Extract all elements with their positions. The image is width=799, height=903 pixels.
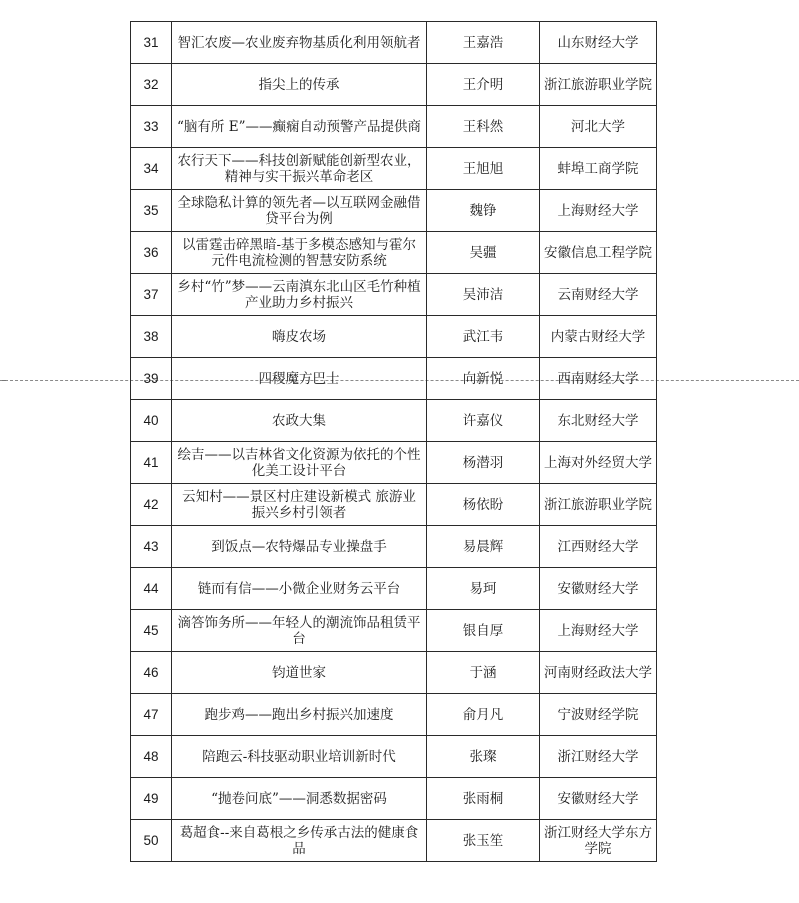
cell-number: 47: [131, 694, 172, 736]
cell-project-title: 葛超食--来自葛根之乡传承古法的健康食品: [172, 820, 427, 862]
cell-leader-name: 杨依盼: [427, 484, 540, 526]
cell-school: 内蒙古财经大学: [540, 316, 657, 358]
cell-school: 宁波财经学院: [540, 694, 657, 736]
cell-project-title: 跑步鸡——跑出乡村振兴加速度: [172, 694, 427, 736]
cell-number: 31: [131, 22, 172, 64]
cell-number: 46: [131, 652, 172, 694]
cell-project-title: 以雷霆击碎黑暗-基于多模态感知与霍尔元件电流检测的智慧安防系统: [172, 232, 427, 274]
cell-school: 浙江财经大学东方学院: [540, 820, 657, 862]
cell-leader-name: 王嘉浩: [427, 22, 540, 64]
table-row: 37 乡村“竹”梦——云南滇东北山区毛竹种植产业助力乡村振兴 吴沛洁 云南财经大…: [131, 274, 657, 316]
cell-number: 40: [131, 400, 172, 442]
cell-number: 50: [131, 820, 172, 862]
cell-number: 32: [131, 64, 172, 106]
cell-number: 43: [131, 526, 172, 568]
cell-school: 东北财经大学: [540, 400, 657, 442]
table-row: 33 “脑有所 E”——癫痫自动预警产品提供商 王科然 河北大学: [131, 106, 657, 148]
table-row: 32 指尖上的传承 王介明 浙江旅游职业学院: [131, 64, 657, 106]
cell-project-title: 乡村“竹”梦——云南滇东北山区毛竹种植产业助力乡村振兴: [172, 274, 427, 316]
cell-school: 山东财经大学: [540, 22, 657, 64]
table-row: 47 跑步鸡——跑出乡村振兴加速度 俞月凡 宁波财经学院: [131, 694, 657, 736]
table-row: 39 四稷魔方巴士 向新悦 西南财经大学: [131, 358, 657, 400]
cell-number: 48: [131, 736, 172, 778]
cell-number: 45: [131, 610, 172, 652]
table-row: 40 农政大集 许嘉仪 东北财经大学: [131, 400, 657, 442]
cell-school: 安徽信息工程学院: [540, 232, 657, 274]
table-row: 42 云知村——景区村庄建设新模式 旅游业振兴乡村引领者 杨依盼 浙江旅游职业学…: [131, 484, 657, 526]
cell-leader-name: 许嘉仪: [427, 400, 540, 442]
cell-leader-name: 银自厚: [427, 610, 540, 652]
table-row: 45 滴答饰务所——年轻人的潮流饰品租赁平台 银自厚 上海财经大学: [131, 610, 657, 652]
cell-school: 河北大学: [540, 106, 657, 148]
cell-project-title: “脑有所 E”——癫痫自动预警产品提供商: [172, 106, 427, 148]
table-row: 36 以雷霆击碎黑暗-基于多模态感知与霍尔元件电流检测的智慧安防系统 吴疆 安徽…: [131, 232, 657, 274]
cell-number: 42: [131, 484, 172, 526]
cell-number: 39: [131, 358, 172, 400]
cell-project-title: 嗨皮农场: [172, 316, 427, 358]
table-row: 49 “抛卷问底”——洞悉数据密码 张雨桐 安徽财经大学: [131, 778, 657, 820]
cell-school: 云南财经大学: [540, 274, 657, 316]
table-row: 50 葛超食--来自葛根之乡传承古法的健康食品 张玉笙 浙江财经大学东方学院: [131, 820, 657, 862]
cell-school: 上海财经大学: [540, 610, 657, 652]
cell-leader-name: 俞月凡: [427, 694, 540, 736]
cell-number: 37: [131, 274, 172, 316]
cell-school: 安徽财经大学: [540, 778, 657, 820]
cell-leader-name: 易珂: [427, 568, 540, 610]
roster-table: 31 智汇农废—农业废弃物基质化利用领航者 王嘉浩 山东财经大学 32 指尖上的…: [130, 21, 657, 862]
cell-number: 33: [131, 106, 172, 148]
page-break-tick: [2, 380, 6, 381]
cell-leader-name: 向新悦: [427, 358, 540, 400]
cell-leader-name: 易晨辉: [427, 526, 540, 568]
cell-leader-name: 张璨: [427, 736, 540, 778]
cell-school: 河南财经政法大学: [540, 652, 657, 694]
cell-school: 江西财经大学: [540, 526, 657, 568]
cell-number: 44: [131, 568, 172, 610]
table-row: 41 绘吉——以吉林省文化资源为依托的个性化美工设计平台 杨潜羽 上海对外经贸大…: [131, 442, 657, 484]
cell-school: 安徽财经大学: [540, 568, 657, 610]
cell-project-title: 农行天下——科技创新赋能创新型农业，精神与实干振兴革命老区: [172, 148, 427, 190]
cell-number: 35: [131, 190, 172, 232]
cell-project-title: 链而有信——小微企业财务云平台: [172, 568, 427, 610]
table-row: 31 智汇农废—农业废弃物基质化利用领航者 王嘉浩 山东财经大学: [131, 22, 657, 64]
cell-project-title: “抛卷问底”——洞悉数据密码: [172, 778, 427, 820]
table-row: 43 到饭点—农特爆品专业操盘手 易晨辉 江西财经大学: [131, 526, 657, 568]
cell-leader-name: 魏铮: [427, 190, 540, 232]
cell-leader-name: 吴沛洁: [427, 274, 540, 316]
cell-school: 西南财经大学: [540, 358, 657, 400]
cell-school: 浙江财经大学: [540, 736, 657, 778]
cell-project-title: 云知村——景区村庄建设新模式 旅游业振兴乡村引领者: [172, 484, 427, 526]
cell-school: 上海对外经贸大学: [540, 442, 657, 484]
cell-number: 41: [131, 442, 172, 484]
cell-project-title: 农政大集: [172, 400, 427, 442]
table-row: 38 嗨皮农场 武江韦 内蒙古财经大学: [131, 316, 657, 358]
cell-school: 浙江旅游职业学院: [540, 64, 657, 106]
cell-number: 38: [131, 316, 172, 358]
cell-project-title: 四稷魔方巴士: [172, 358, 427, 400]
cell-number: 49: [131, 778, 172, 820]
cell-leader-name: 王介明: [427, 64, 540, 106]
cell-leader-name: 武江韦: [427, 316, 540, 358]
cell-project-title: 钧道世家: [172, 652, 427, 694]
cell-leader-name: 王旭旭: [427, 148, 540, 190]
cell-leader-name: 于涵: [427, 652, 540, 694]
cell-leader-name: 张雨桐: [427, 778, 540, 820]
cell-school: 浙江旅游职业学院: [540, 484, 657, 526]
cell-leader-name: 王科然: [427, 106, 540, 148]
roster-table-body: 31 智汇农废—农业废弃物基质化利用领航者 王嘉浩 山东财经大学 32 指尖上的…: [131, 22, 657, 862]
cell-number: 36: [131, 232, 172, 274]
cell-project-title: 全球隐私计算的领先者—以互联网金融借贷平台为例: [172, 190, 427, 232]
table-row: 34 农行天下——科技创新赋能创新型农业，精神与实干振兴革命老区 王旭旭 蚌埠工…: [131, 148, 657, 190]
cell-leader-name: 杨潜羽: [427, 442, 540, 484]
cell-school: 上海财经大学: [540, 190, 657, 232]
cell-project-title: 指尖上的传承: [172, 64, 427, 106]
cell-leader-name: 张玉笙: [427, 820, 540, 862]
cell-project-title: 智汇农废—农业废弃物基质化利用领航者: [172, 22, 427, 64]
cell-project-title: 陪跑云-科技驱动职业培训新时代: [172, 736, 427, 778]
table-row: 35 全球隐私计算的领先者—以互联网金融借贷平台为例 魏铮 上海财经大学: [131, 190, 657, 232]
cell-project-title: 到饭点—农特爆品专业操盘手: [172, 526, 427, 568]
table-row: 48 陪跑云-科技驱动职业培训新时代 张璨 浙江财经大学: [131, 736, 657, 778]
cell-school: 蚌埠工商学院: [540, 148, 657, 190]
cell-project-title: 滴答饰务所——年轻人的潮流饰品租赁平台: [172, 610, 427, 652]
cell-number: 34: [131, 148, 172, 190]
cell-project-title: 绘吉——以吉林省文化资源为依托的个性化美工设计平台: [172, 442, 427, 484]
table-row: 46 钧道世家 于涵 河南财经政法大学: [131, 652, 657, 694]
table-row: 44 链而有信——小微企业财务云平台 易珂 安徽财经大学: [131, 568, 657, 610]
cell-leader-name: 吴疆: [427, 232, 540, 274]
